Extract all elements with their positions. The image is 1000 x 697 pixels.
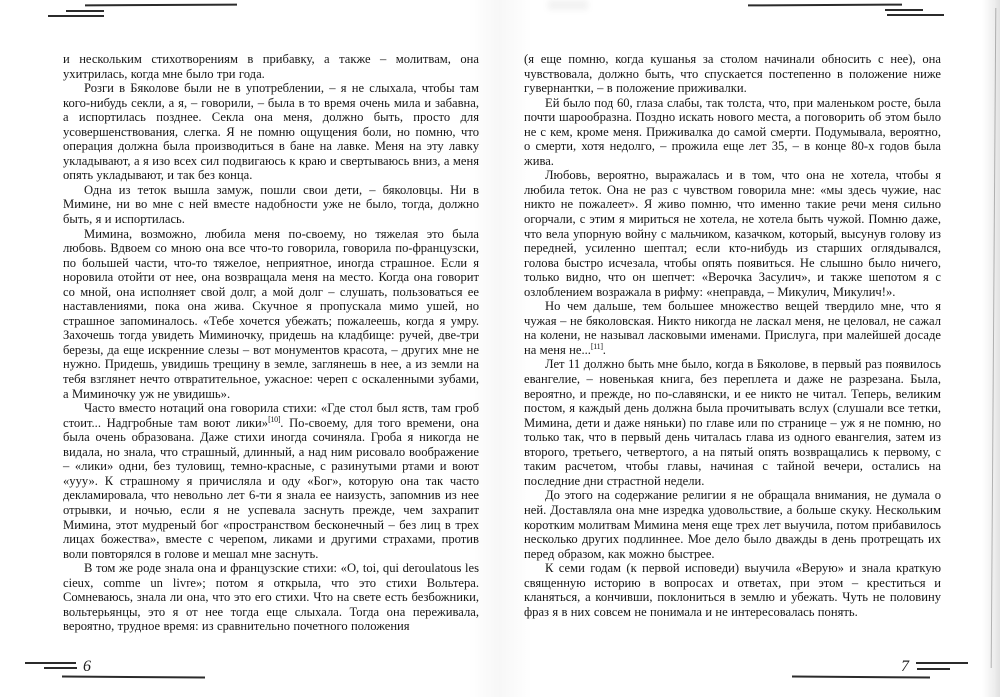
- ornament-line: [48, 15, 104, 17]
- paragraph: Любовь, вероятно, выражалась и в том, чт…: [524, 168, 941, 299]
- ornament-line: [885, 9, 923, 11]
- page-number-right: 7: [901, 658, 909, 676]
- right-page: (я еще помню, когда кушанья за столом на…: [524, 52, 941, 619]
- ornament-line: [85, 4, 237, 7]
- ornament-line: [917, 668, 950, 670]
- ornament-line: [66, 10, 104, 12]
- paragraph-text: .: [603, 343, 606, 357]
- paragraph: Мимина, возможно, любила меня по-своему,…: [63, 227, 479, 402]
- paragraph: Ей было под 60, глаза слабы, так толста,…: [524, 96, 941, 169]
- paragraph: До этого на содержание религии я не обра…: [524, 488, 941, 561]
- ornament-line: [792, 676, 930, 679]
- ornament-line: [916, 662, 968, 664]
- paragraph: Но чем дальше, тем большее множество вещ…: [524, 299, 941, 357]
- ornament-line: [44, 667, 77, 669]
- ornament-line: [748, 4, 902, 7]
- paragraph-text: . По-своему, для того времени, она была …: [63, 416, 479, 561]
- paragraph-text: Но чем дальше, тем большее множество вещ…: [524, 299, 941, 357]
- ornament-line: [25, 662, 76, 664]
- page-number-left: 6: [83, 658, 91, 676]
- book-spread: и нескольким стихотворениям в прибавку, …: [0, 0, 1000, 697]
- paragraph: (я еще помню, когда кушанья за столом на…: [524, 52, 941, 96]
- ornament-line: [887, 14, 944, 16]
- paragraph: К семи годам (к первой исповеди) выучила…: [524, 561, 941, 619]
- paragraph: В том же роде знала она и французские ст…: [63, 561, 479, 634]
- paragraph: Одна из теток вышла замуж, пошли свои де…: [63, 183, 479, 227]
- footnote-marker: [11]: [591, 342, 603, 351]
- paragraph: и нескольким стихотворениям в прибавку, …: [63, 52, 479, 81]
- left-page: и нескольким стихотворениям в прибавку, …: [63, 52, 479, 634]
- paragraph: Часто вместо нотаций она говорила стихи:…: [63, 401, 479, 561]
- scan-smudge: [548, 0, 588, 10]
- footnote-marker: [10]: [268, 414, 280, 423]
- paragraph: Лет 11 должно быть мне было, когда в Бяк…: [524, 357, 941, 488]
- paragraph: Розги в Бяколове были не в употреблении,…: [63, 81, 479, 183]
